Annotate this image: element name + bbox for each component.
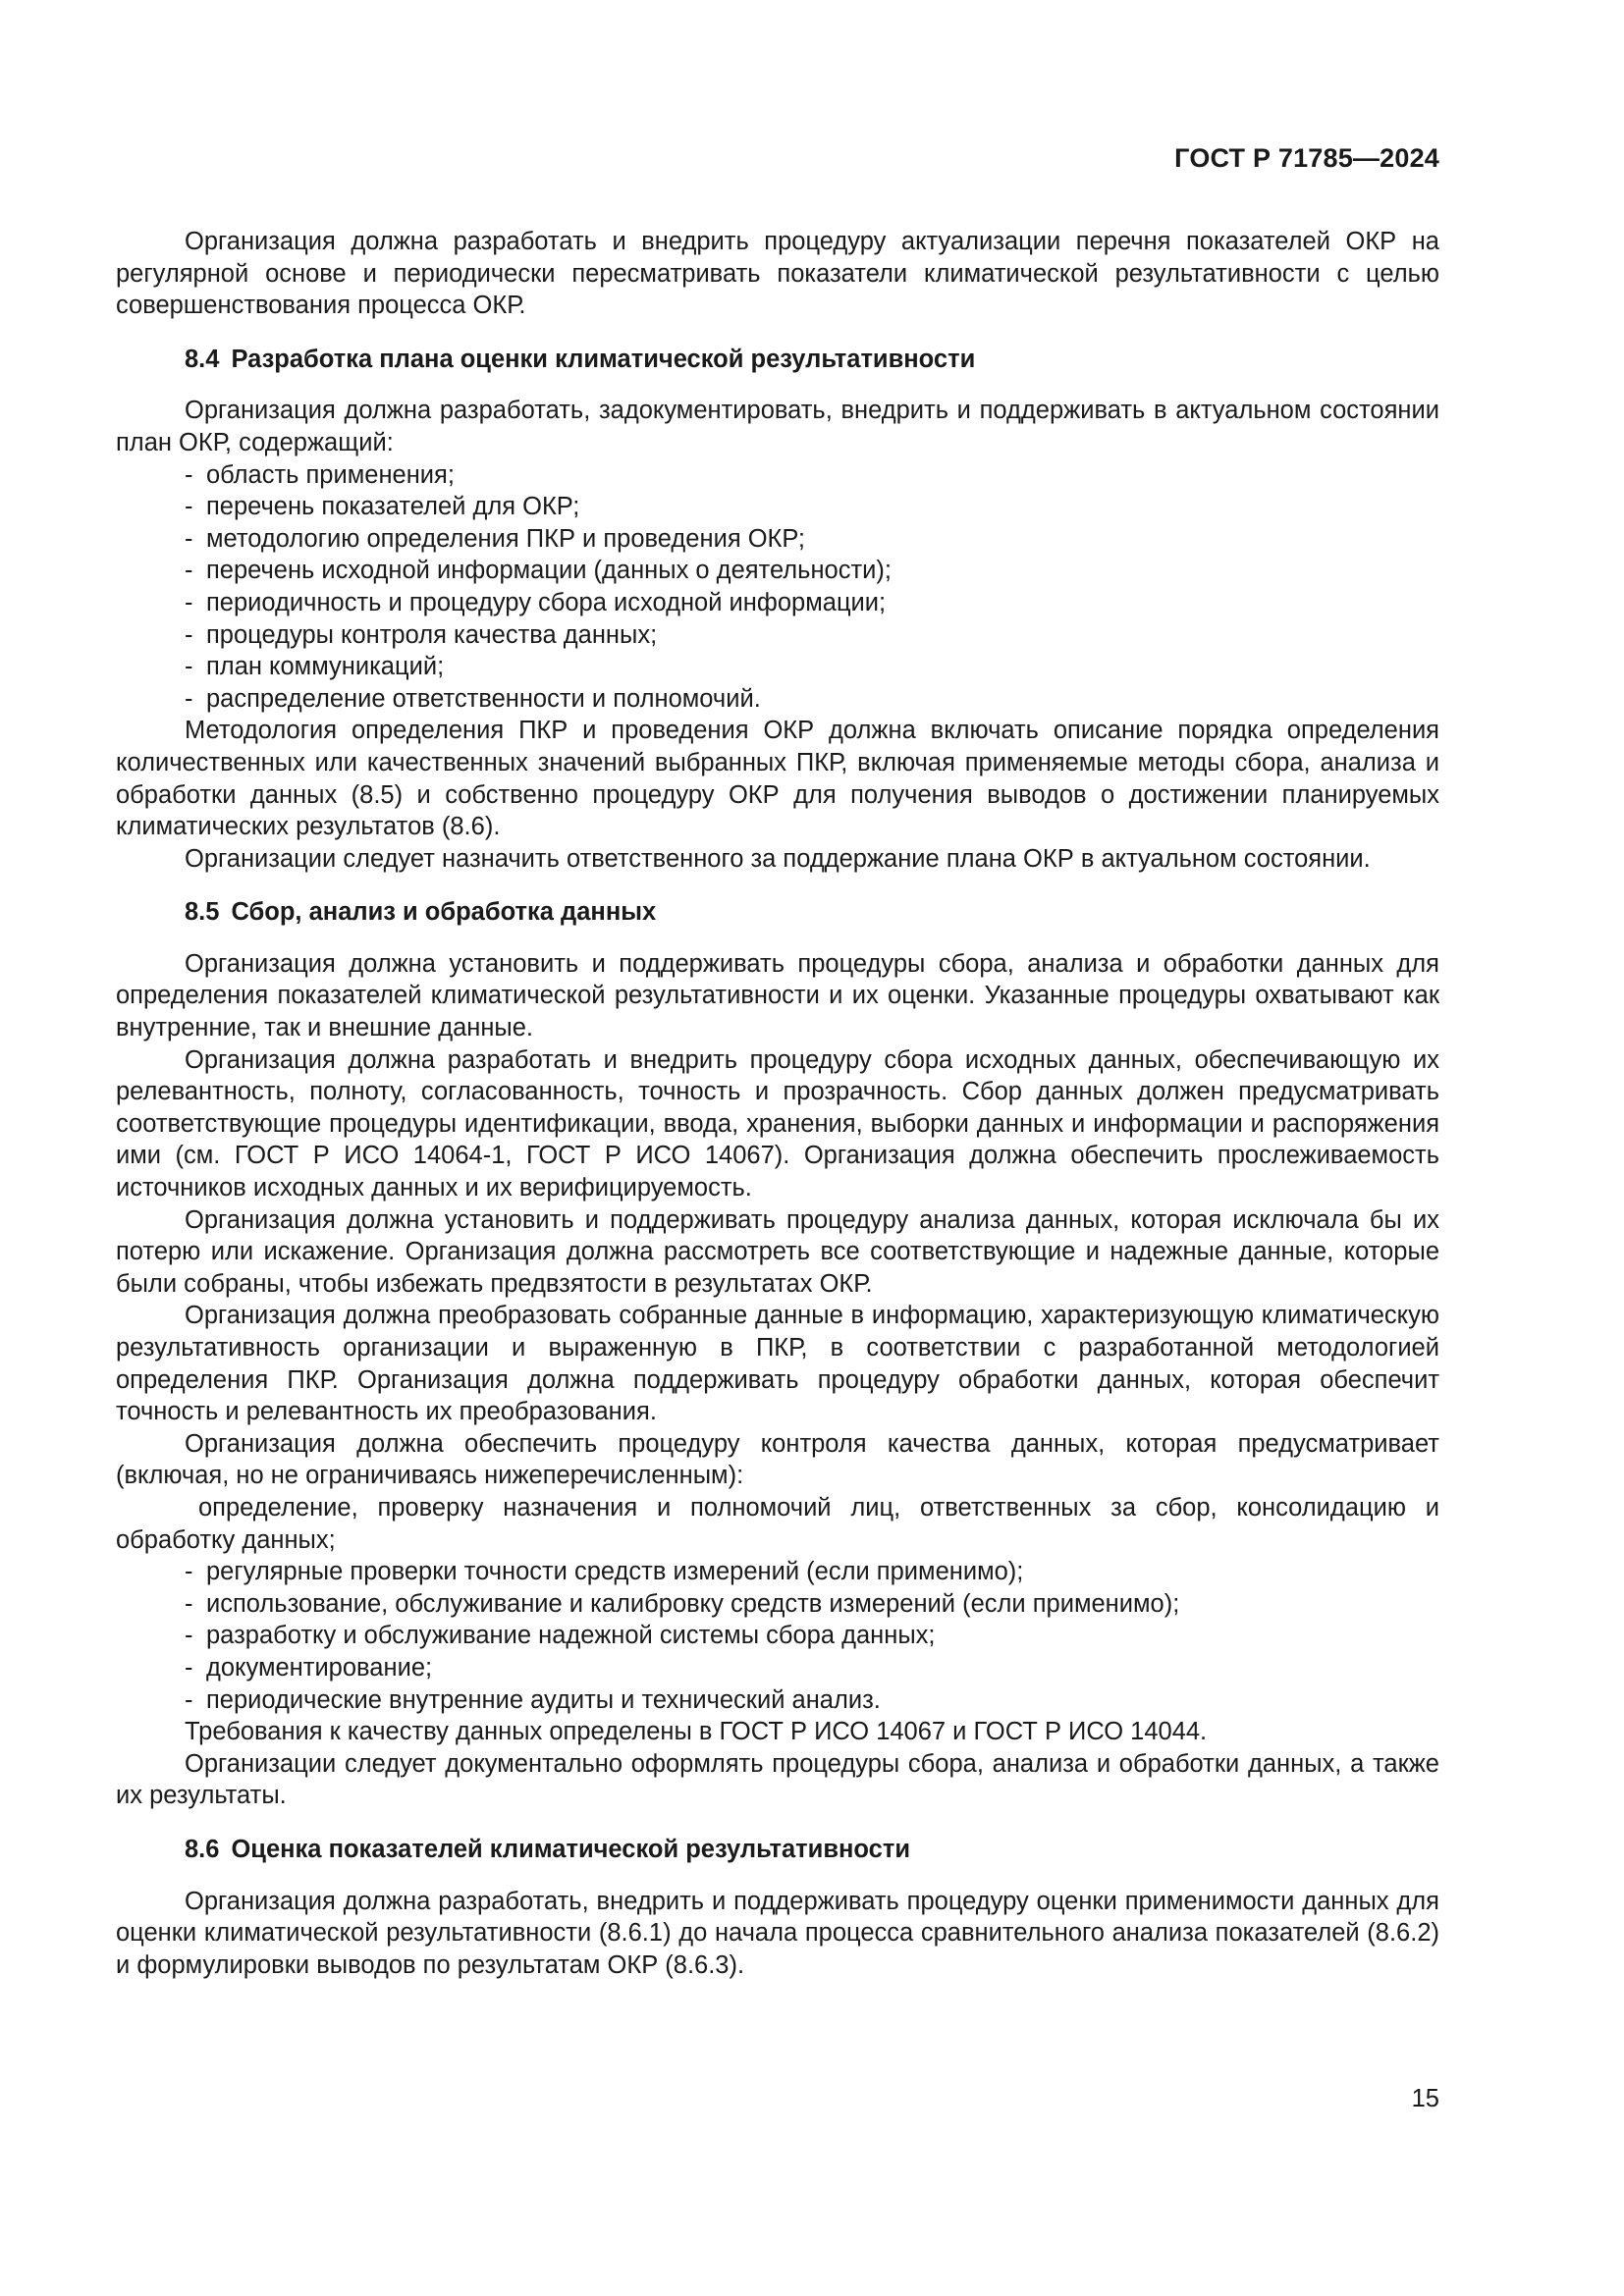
list-item: -периодичность и процедуру сбора исходно… [185,587,1439,619]
methodology-paragraph: Методология определения ПКР и проведения… [116,715,1439,842]
dash-bullet-icon: - [185,1684,206,1717]
dash-bullet-icon: - [185,1556,206,1588]
responsible-paragraph: Организации следует назначить ответствен… [116,843,1439,876]
section-heading-8-4: 8.4Разработка плана оценки климатической… [116,344,1439,376]
paragraph: Организация должна преобразовать собранн… [116,1300,1439,1427]
page-number: 15 [1412,2085,1439,2113]
dash-bullet-icon: - [185,523,206,556]
list-item: -распределение ответственности и полномо… [185,683,1439,716]
intro-paragraph: Организация должна разработать и внедрит… [116,226,1439,322]
list-item: -перечень исходной информации (данных о … [185,555,1439,587]
dash-bullet-icon: - [185,683,206,716]
dash-bullet-icon: - [185,459,206,492]
plan-contents-list: -область применения; -перечень показател… [116,459,1439,716]
paragraph: Организация должна установить и поддержи… [116,1204,1439,1301]
list-item: -использование, обслуживание и калибровк… [185,1588,1439,1621]
dash-bullet-icon: - [185,491,206,523]
section-title: Сбор, анализ и обработка данных [231,898,656,926]
dash-bullet-icon: - [185,587,206,619]
dash-bullet-icon: - [185,619,206,652]
page-content: Организация должна разработать и внедрит… [116,226,1439,1981]
dash-bullet-icon: - [185,651,206,683]
section-title: Оценка показателей климатической результ… [231,1836,910,1863]
paragraph: Организация должна обеспечить процедуру … [116,1428,1439,1492]
quality-requirements-paragraph: Требования к качеству данных определены … [116,1716,1439,1748]
dash-bullet-icon: - [185,1588,206,1621]
paragraph: Организация должна установить и поддержи… [116,948,1439,1044]
list-item: -регулярные проверки точности средств из… [185,1556,1439,1588]
list-item: -разработку и обслуживание надежной сист… [185,1620,1439,1652]
list-item: -документирование; [185,1652,1439,1684]
paragraph: Организация должна разработать и внедрит… [116,1044,1439,1204]
list-item: -процедуры контроля качества данных; [185,619,1439,652]
section-heading-8-5: 8.5Сбор, анализ и обработка данных [116,896,1439,929]
section-number: 8.4 [185,346,219,373]
dash-bullet-icon: - [185,1652,206,1684]
list-item: -периодические внутренние аудиты и техни… [185,1684,1439,1717]
list-item: -план коммуникаций; [185,651,1439,683]
section-number: 8.6 [185,1836,219,1863]
section-8-4-intro: Организация должна разработать, задокуме… [116,395,1439,458]
quality-control-first-item: определение, проверку назначения и полно… [116,1492,1439,1556]
section-title: Разработка плана оценки климатической ре… [231,346,975,373]
documentation-paragraph: Организации следует документально оформл… [116,1748,1439,1812]
section-8-6-paragraph: Организация должна разработать, внедрить… [116,1886,1439,1982]
document-standard-id: ГОСТ Р 71785—2024 [1174,143,1439,174]
quality-control-list: -регулярные проверки точности средств из… [116,1556,1439,1716]
section-number: 8.5 [185,898,219,926]
list-item: -область применения; [185,459,1439,492]
section-heading-8-6: 8.6Оценка показателей климатической резу… [116,1834,1439,1866]
dash-bullet-icon: - [185,1620,206,1652]
list-item: -методологию определения ПКР и проведени… [185,523,1439,556]
dash-bullet-icon: - [185,555,206,587]
list-item: -перечень показателей для ОКР; [185,491,1439,523]
